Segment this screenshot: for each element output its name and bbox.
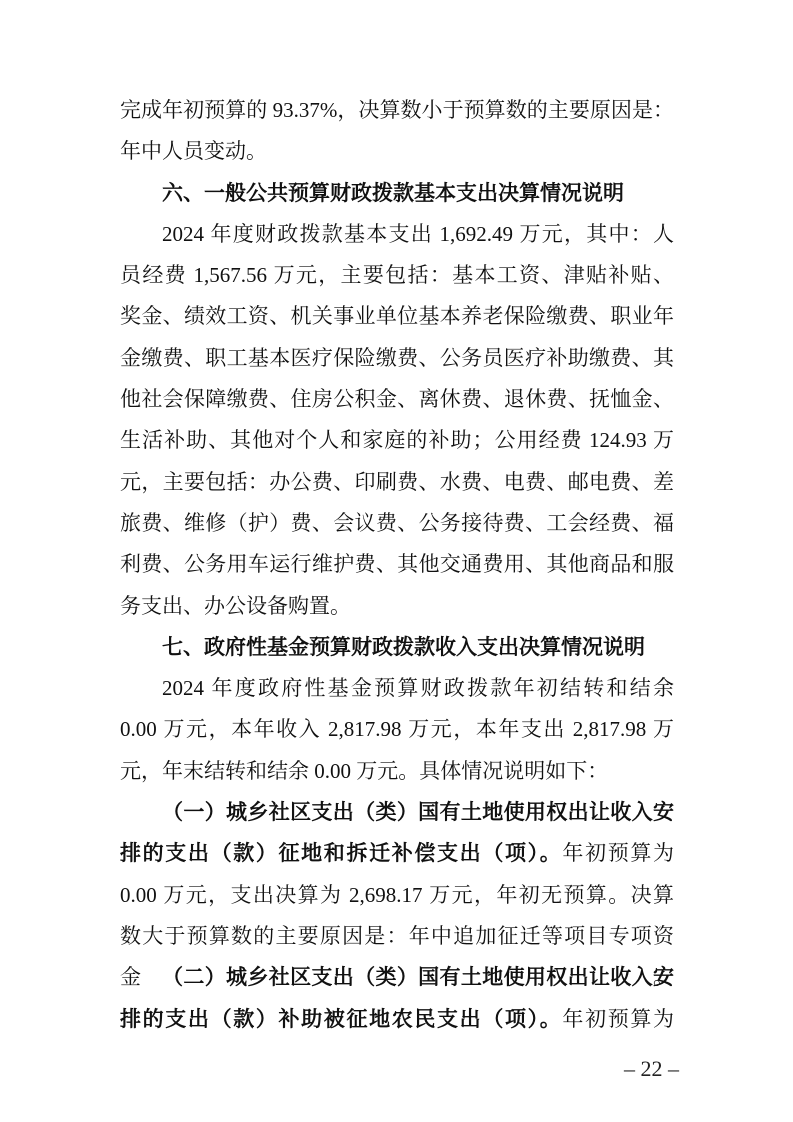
section-heading-6: 六、一般公共预算财政拨款基本支出决算情况说明 [120, 173, 674, 214]
text-line: 2024 年度财政拨款基本支出 1,692.49 万元，其中：人 [120, 214, 674, 255]
body-text: 0.00 万元，支出决算为 2,698.17 万元，年初无预算。决算 [120, 883, 674, 907]
text-line: 2024 年度政府性基金预算财政拨款年初结转和结余 [120, 668, 674, 709]
body-text: 元，主要包括：办公费、印刷费、水费、电费、邮电费、差 [120, 470, 674, 494]
page-number: – 22 – [624, 1054, 679, 1084]
document-page: 完成年初预算的 93.37%，决算数小于预算数的主要原因是： 年中人员变动。 六… [0, 0, 793, 1122]
text-line: 年中人员变动。 [120, 131, 674, 172]
body-text: 生活补助、其他对个人和家庭的补助；公用经费 124.93 万 [120, 428, 674, 452]
text-line: 利费、公务用车运行维护费、其他交通费用、其他商品和服 [120, 544, 674, 585]
body-text: 金缴费、职工基本医疗保险缴费、公务员医疗补助缴费、其 [120, 346, 674, 370]
body-text: 他社会保障缴费、住房公积金、离休费、退休费、抚恤金、 [120, 387, 674, 411]
text-line: 他社会保障缴费、住房公积金、离休费、退休费、抚恤金、 [120, 379, 674, 420]
text-line: 金缴费、职工基本医疗保险缴费、公务员医疗补助缴费、其 [120, 338, 674, 379]
bold-lead-text: （二）城乡社区支出（类）国有土地使用权出让收入安 [162, 966, 674, 989]
text-line: （一）城乡社区支出（类）国有土地使用权出让收入安 [120, 792, 674, 833]
body-text: 奖金、绩效工资、机关事业单位基本养老保险缴费、职业年 [120, 304, 674, 328]
body-text: 年中人员变动。 [120, 139, 267, 163]
text-line: 务支出、办公设备购置。 [120, 586, 674, 627]
text-line: 数大于预算数的主要原因是：年中追加征迁等项目专项资金。 [120, 916, 674, 957]
bold-lead-text: 排的支出（款）补助被征地农民支出（项）。 [120, 1008, 562, 1031]
body-text: 2024 年度政府性基金预算财政拨款年初结转和结余 [162, 676, 674, 700]
text-line: 元，年末结转和结余 0.00 万元。具体情况说明如下： [120, 751, 674, 792]
text-line: 完成年初预算的 93.37%，决算数小于预算数的主要原因是： [120, 90, 674, 131]
text-line: 0.00 万元，本年收入 2,817.98 万元，本年支出 2,817.98 万 [120, 709, 674, 750]
body-text: 年初预算为 [562, 841, 674, 865]
bold-lead-text: （一）城乡社区支出（类）国有土地使用权出让收入安 [162, 801, 674, 824]
body-text: 2024 年度财政拨款基本支出 1,692.49 万元，其中：人 [162, 222, 674, 246]
text-line: 旅费、维修（护）费、会议费、公务接待费、工会经费、福 [120, 503, 674, 544]
text-line: 排的支出（款）补助被征地农民支出（项）。年初预算为 [120, 999, 674, 1040]
body-text: 年初预算为 [562, 1007, 674, 1031]
body-text: 旅费、维修（护）费、会议费、公务接待费、工会经费、福 [120, 511, 674, 535]
text-line: 排的支出（款）征地和拆迁补偿支出（项）。年初预算为 [120, 833, 674, 874]
text-line: 奖金、绩效工资、机关事业单位基本养老保险缴费、职业年 [120, 296, 674, 337]
section-heading-7: 七、政府性基金预算财政拨款收入支出决算情况说明 [120, 627, 674, 668]
text-line: 元，主要包括：办公费、印刷费、水费、电费、邮电费、差 [120, 462, 674, 503]
heading-text: 六、一般公共预算财政拨款基本支出决算情况说明 [162, 182, 624, 205]
body-text: 元，年末结转和结余 0.00 万元。具体情况说明如下： [120, 759, 608, 783]
heading-text: 七、政府性基金预算财政拨款收入支出决算情况说明 [162, 636, 645, 659]
bold-lead-text: 排的支出（款）征地和拆迁补偿支出（项）。 [120, 842, 562, 865]
body-text: 利费、公务用车运行维护费、其他交通费用、其他商品和服 [120, 552, 674, 576]
document-body: 完成年初预算的 93.37%，决算数小于预算数的主要原因是： 年中人员变动。 六… [120, 90, 674, 1040]
text-line: （二）城乡社区支出（类）国有土地使用权出让收入安 [120, 957, 674, 998]
body-text: 完成年初预算的 93.37%，决算数小于预算数的主要原因是： [120, 98, 674, 122]
body-text: 0.00 万元，本年收入 2,817.98 万元，本年支出 2,817.98 万 [120, 717, 674, 741]
text-line: 0.00 万元，支出决算为 2,698.17 万元，年初无预算。决算 [120, 875, 674, 916]
body-text: 员经费 1,567.56 万元，主要包括：基本工资、津贴补贴、 [120, 263, 674, 287]
text-line: 员经费 1,567.56 万元，主要包括：基本工资、津贴补贴、 [120, 255, 674, 296]
text-line: 生活补助、其他对个人和家庭的补助；公用经费 124.93 万 [120, 420, 674, 461]
body-text: 务支出、办公设备购置。 [120, 594, 351, 618]
